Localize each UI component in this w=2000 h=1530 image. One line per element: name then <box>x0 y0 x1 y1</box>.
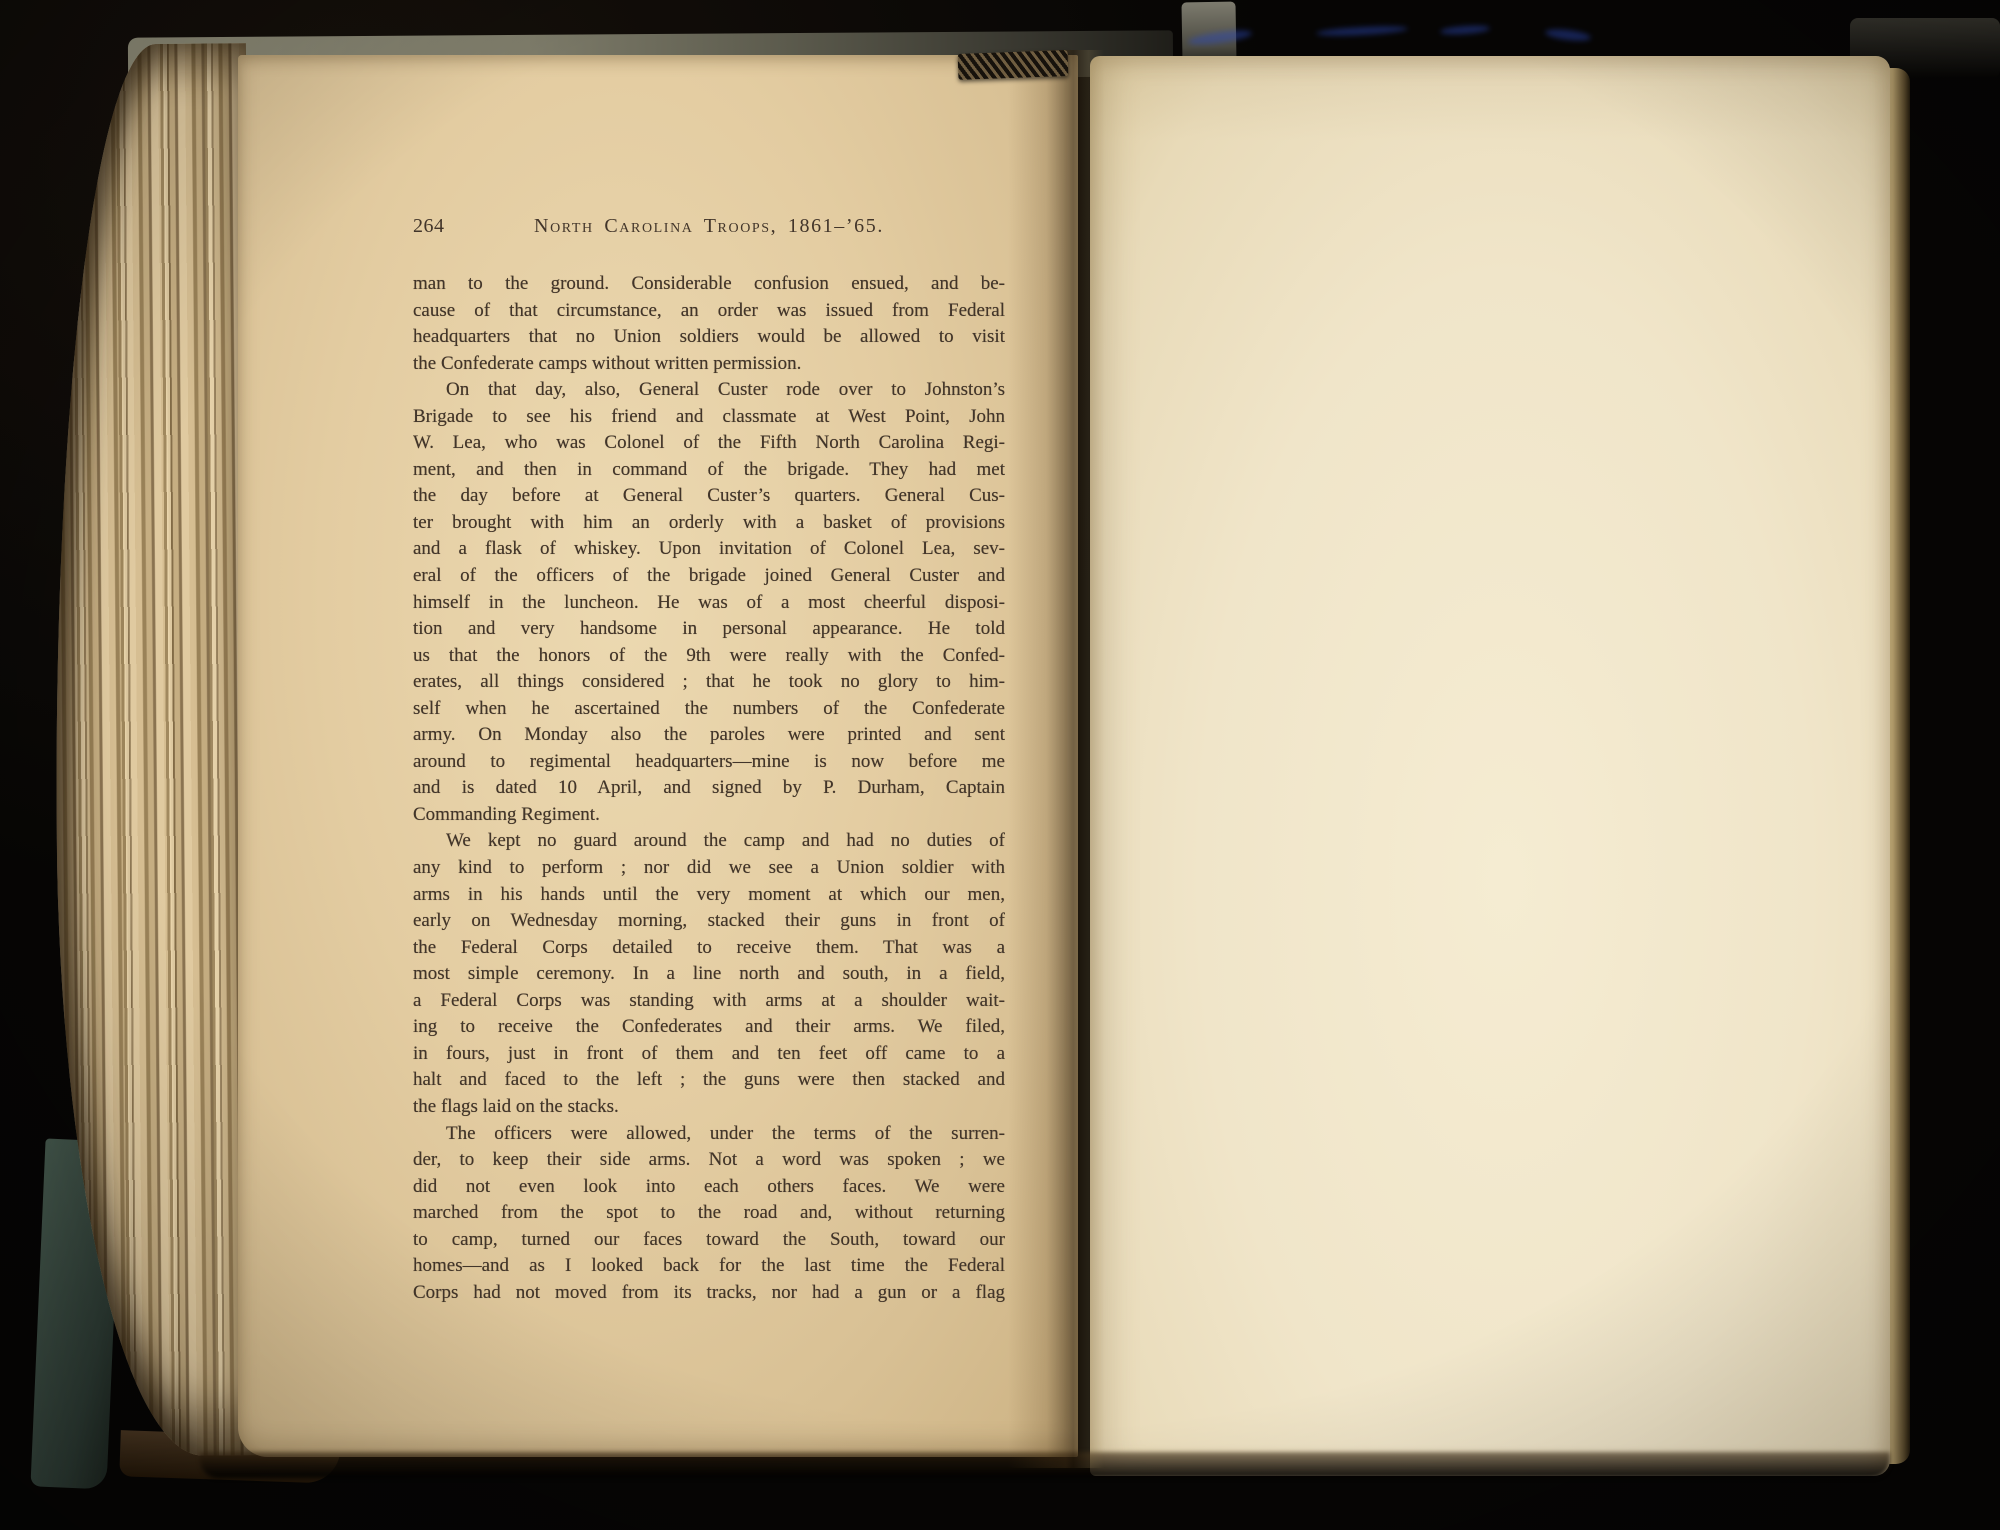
text-line: the flags laid on the stacks. <box>413 1094 1005 1121</box>
left-page: 264 North Carolina Troops, 1861–’65. man… <box>238 55 1078 1457</box>
text-line: around to regimental headquarters—mine i… <box>413 749 1005 776</box>
text-line: and is dated 10 April, and signed by P. … <box>413 775 1005 802</box>
text-line: We kept no guard around the camp and had… <box>413 828 1005 855</box>
text-line: W. Lea, who was Colonel of the Fifth Nor… <box>413 430 1005 457</box>
spine-headband <box>958 50 1069 80</box>
text-line: the day before at General Custer’s quart… <box>413 483 1005 510</box>
blue-ink-mark <box>1440 24 1490 35</box>
book-bottom-shadow <box>200 1452 1890 1478</box>
text-line: cause of that circumstance, an order was… <box>413 298 1005 325</box>
text-line: ter brought with him an orderly with a b… <box>413 510 1005 537</box>
text-line: a Federal Corps was standing with arms a… <box>413 988 1005 1015</box>
text-line: ment, and then in command of the brigade… <box>413 457 1005 484</box>
text-line: himself in the luncheon. He was of a mos… <box>413 590 1005 617</box>
page-body-text: man to the ground. Considerable confusio… <box>413 271 1005 1306</box>
text-line: arms in his hands until the very moment … <box>413 882 1005 909</box>
text-line: Corps had not moved from its tracks, nor… <box>413 1280 1005 1307</box>
text-line: early on Wednesday morning, stacked thei… <box>413 908 1005 935</box>
text-line: man to the ground. Considerable confusio… <box>413 271 1005 298</box>
page-number: 264 <box>413 215 445 238</box>
text-line: ing to receive the Confederates and thei… <box>413 1014 1005 1041</box>
text-line: self when he ascertained the numbers of … <box>413 696 1005 723</box>
text-line: did not even look into each others faces… <box>413 1174 1005 1201</box>
text-line: erates, all things considered ; that he … <box>413 669 1005 696</box>
text-line: the Federal Corps detailed to receive th… <box>413 935 1005 962</box>
text-line: in fours, just in front of them and ten … <box>413 1041 1005 1068</box>
text-line: any kind to perform ; nor did we see a U… <box>413 855 1005 882</box>
page-header: 264 North Carolina Troops, 1861–’65. <box>413 215 1005 245</box>
book-photo-scene: 264 North Carolina Troops, 1861–’65. man… <box>0 0 2000 1530</box>
text-line: us that the honors of the 9th were reall… <box>413 643 1005 670</box>
text-line: marched from the spot to the road and, w… <box>413 1200 1005 1227</box>
text-line: the Confederate camps without written pe… <box>413 351 1005 378</box>
text-line: army. On Monday also the paroles were pr… <box>413 722 1005 749</box>
text-line: The officers were allowed, under the ter… <box>413 1121 1005 1148</box>
text-line: homes—and as I looked back for the last … <box>413 1253 1005 1280</box>
text-line: halt and faced to the left ; the guns we… <box>413 1067 1005 1094</box>
blue-ink-mark <box>1545 27 1592 43</box>
running-title: North Carolina Troops, 1861–’65. <box>413 215 1005 238</box>
text-line: tion and very handsome in personal appea… <box>413 616 1005 643</box>
text-line: and a flask of whiskey. Upon invitation … <box>413 536 1005 563</box>
text-line: On that day, also, General Custer rode o… <box>413 377 1005 404</box>
text-line: Brigade to see his friend and classmate … <box>413 404 1005 431</box>
blue-ink-mark <box>1316 25 1408 38</box>
text-line: Commanding Regiment. <box>413 802 1005 829</box>
right-page-blank <box>1090 56 1890 1476</box>
text-line: eral of the officers of the brigade join… <box>413 563 1005 590</box>
text-line: headquarters that no Union soldiers woul… <box>413 324 1005 351</box>
text-line: der, to keep their side arms. Not a word… <box>413 1147 1005 1174</box>
text-line: most simple ceremony. In a line north an… <box>413 961 1005 988</box>
text-line: to camp, turned our faces toward the Sou… <box>413 1227 1005 1254</box>
